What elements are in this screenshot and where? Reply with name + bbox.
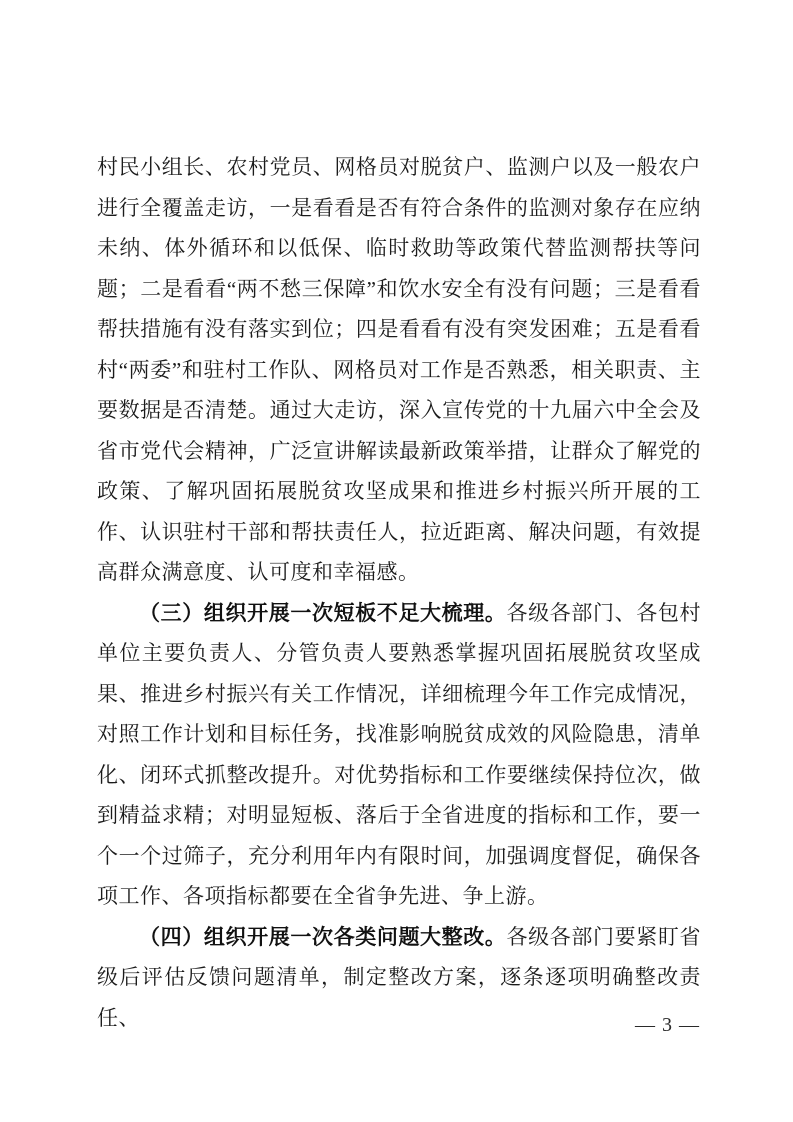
item-three-heading: （三）组织开展一次短板不足大梳理。	[139, 601, 507, 625]
document-body: 村民小组长、农村党员、网格员对脱贫户、监测户以及一般农户进行全覆盖走访，一是看看…	[97, 147, 701, 1038]
paragraph-item-three: （三）组织开展一次短板不足大梳理。各级各部门、各包村单位主要负责人、分管负责人要…	[97, 593, 701, 917]
page-number: — 3 —	[635, 1013, 700, 1037]
item-four-heading: （四）组织开展一次各类问题大整改。	[139, 925, 507, 949]
document-page: 村民小组长、农村党员、网格员对脱贫户、监测户以及一般农户进行全覆盖走访，一是看看…	[0, 0, 793, 1122]
paragraph-continuation: 村民小组长、农村党员、网格员对脱贫户、监测户以及一般农户进行全覆盖走访，一是看看…	[97, 147, 701, 593]
paragraph-item-four: （四）组织开展一次各类问题大整改。各级各部门要紧盯省级后评估反馈问题清单，制定整…	[97, 917, 701, 1039]
item-three-body: 各级各部门、各包村单位主要负责人、分管负责人要熟悉掌握巩固拓展脱贫攻坚成果、推进…	[97, 601, 701, 909]
